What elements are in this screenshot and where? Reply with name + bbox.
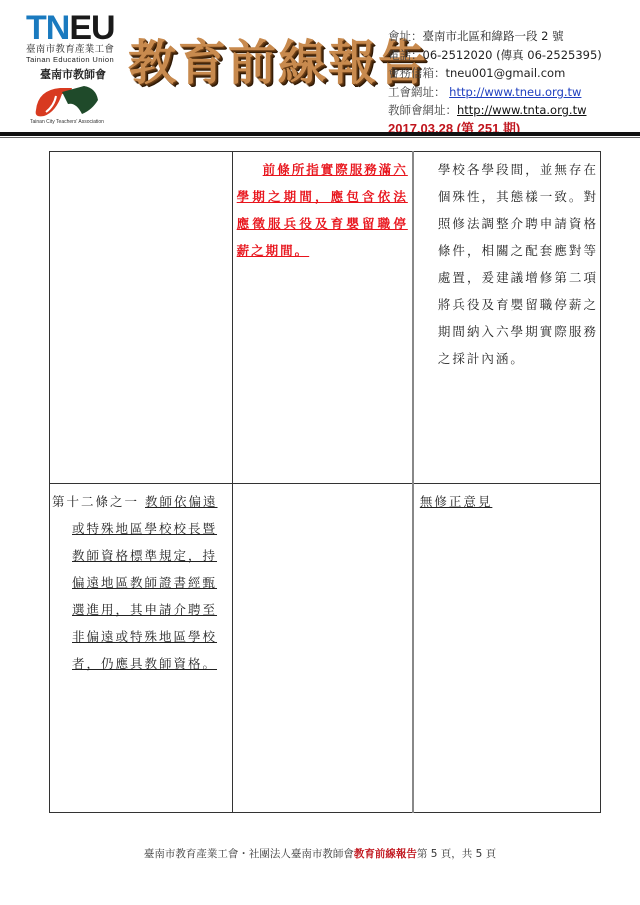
union-site-label: 工會網址： (388, 85, 446, 99)
footer-page-number: 第 5 頁，共 5 頁 (417, 848, 496, 860)
page-footer: 臺南市教育產業工會・社團法人臺南市教師會教育前線報告第 5 頁，共 5 頁 (0, 846, 640, 861)
explanation-text: 學校各學段間，並無存在個殊性，其態樣一致。對照修法調整介聘申請資格條件，相關之配… (414, 152, 600, 372)
cell-article (50, 152, 233, 484)
email-line: 會務信箱：tneu001@gmail.com (388, 64, 602, 83)
phone-line: 電話：06-2512020 (傳真 06-2525395) (388, 46, 602, 65)
amendment-text: 前條所指實際服務滿六學期之期間，應包含依法應徵服兵役及育嬰留職停薪之期間。 (233, 152, 412, 264)
no-opinion-text: 無修正意見 (414, 484, 600, 515)
cell-explanation: 無修正意見 (413, 484, 601, 813)
footer-brand: 教育前線報告 (354, 848, 417, 860)
phone-value: 06-2512020 (傳真 06-2525395) (423, 48, 602, 62)
header-divider (0, 132, 640, 136)
article-number: 第十二條之一 (52, 494, 139, 509)
logo-letters-tn: TN (26, 9, 69, 47)
tnta-logo: 臺南市教師會 Tainan City Teachers' Association (26, 66, 110, 128)
cell-amendment: 前條所指實際服務滿六學期之期間，應包含依法應徵服兵役及育嬰留職停薪之期間。 (232, 152, 413, 484)
contact-block: 會址：臺南市北區和緯路一段 2 號 電話：06-2512020 (傳真 06-2… (388, 27, 602, 138)
cell-amendment (232, 484, 413, 813)
phone-label: 電話： (388, 48, 423, 62)
address-label: 會址： (388, 29, 423, 43)
logo-name-zh: 臺南市教育產業工會 (26, 44, 116, 55)
logo-letters-eu: EU (69, 9, 114, 47)
footer-org: 臺南市教育產業工會・社團法人臺南市教師會 (144, 848, 354, 860)
teacher-site-line: 教師會網址：http://www.tnta.org.tw (388, 101, 602, 120)
tnta-emblem-icon (32, 80, 104, 120)
tnta-logo-caption: Tainan City Teachers' Association (30, 119, 104, 125)
tneu-logo: TNEU 臺南市教育產業工會 Tainan Education Union (26, 12, 116, 64)
cell-article: 第十二條之一 教師依偏遠或特殊地區學校校長暨教師資格標準規定，持偏遠地區教師證書… (50, 484, 233, 813)
address-value: 臺南市北區和緯路一段 2 號 (423, 29, 564, 43)
address-line: 會址：臺南市北區和緯路一段 2 號 (388, 27, 602, 46)
newsletter-title: 教育前線報告 (128, 30, 428, 96)
union-site-link[interactable]: http://www.tneu.org.tw (449, 85, 581, 99)
header-divider-thin (0, 137, 640, 138)
cell-explanation: 學校各學段間，並無存在個殊性，其態樣一致。對照修法調整介聘申請資格條件，相關之配… (413, 152, 601, 484)
union-site-line: 工會網址： http://www.tneu.org.tw (388, 83, 602, 102)
page-header: TNEU 臺南市教育產業工會 Tainan Education Union 臺南… (0, 0, 640, 140)
teacher-site-link[interactable]: http://www.tnta.org.tw (457, 103, 587, 117)
amendment-table: 前條所指實際服務滿六學期之期間，應包含依法應徵服兵役及育嬰留職停薪之期間。 學校… (49, 151, 601, 813)
email-label: 會務信箱： (388, 66, 446, 80)
table-row: 前條所指實際服務滿六學期之期間，應包含依法應徵服兵役及育嬰留職停薪之期間。 學校… (50, 152, 601, 484)
teacher-site-label: 教師會網址： (388, 103, 457, 117)
table-row: 第十二條之一 教師依偏遠或特殊地區學校校長暨教師資格標準規定，持偏遠地區教師證書… (50, 484, 601, 813)
email-value: tneu001@gmail.com (446, 66, 566, 80)
logo-name-en: Tainan Education Union (26, 55, 116, 64)
article-text: 教師依偏遠或特殊地區學校校長暨教師資格標準規定，持偏遠地區教師證書經甄選進用，其… (72, 494, 218, 671)
